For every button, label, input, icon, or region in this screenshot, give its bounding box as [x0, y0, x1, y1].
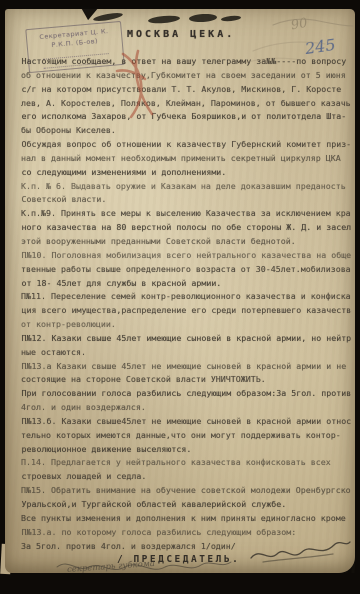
document-line: нал в данный момент необходимым применит…	[21, 153, 351, 167]
document-line: ция всего имущества,распределение его ср…	[22, 305, 352, 319]
document-line: твенные работы свыше определенного возра…	[21, 264, 351, 278]
document-line: бы Обороны Киселев.	[21, 125, 351, 139]
document-line: При голосовании голоса разбились следующ…	[22, 388, 352, 402]
document-line: П№13.а Казаки свыше 45лет не имеющие сын…	[22, 361, 352, 375]
ink-smudge	[189, 13, 217, 22]
document-line: П№13.а. по которому голоса разбились сле…	[22, 527, 352, 541]
document-line: этой вооруженными преданными Советской в…	[21, 236, 351, 250]
document-line: 4гол. и один воздержался.	[21, 402, 351, 416]
document-line: Обсуждая вопрос об отношении к казачеств…	[22, 139, 352, 153]
document-line: К.п. № 6. Выдавать оружие и Казакам на д…	[21, 181, 351, 195]
document-line: Все пункты изменения и дополнения к ним …	[21, 513, 351, 527]
page-number-note: 245	[304, 35, 337, 58]
document-line: П№13.б. Казаки свыше45лет не имеющие сын…	[22, 416, 352, 430]
document-line: об отношении к казачеству,Губкомитет на …	[21, 70, 351, 84]
document-line: П.14. Предлагается у нейтрального казаче…	[21, 457, 351, 471]
pencil-note: 90	[290, 16, 309, 34]
document-line: с/г на котором присутствовали Т. Т. Акул…	[22, 84, 352, 98]
document-line: его исполкома Захаров, от Губчека Боярши…	[22, 111, 352, 125]
document-line: П№12. Казаки свыше 45лет имеющие сыновей…	[22, 333, 352, 347]
ink-smudge	[148, 15, 180, 25]
document-line: тельно которых имеются данные,что они мо…	[21, 430, 351, 444]
document-line: ные остаются.	[21, 347, 351, 361]
document-line: лев, А. Коростелев, Поляков, Клейман, Па…	[21, 98, 351, 112]
paper-fold-shadow	[78, 6, 98, 21]
document-line: со следующими изменениями и дополнениями…	[22, 167, 352, 181]
document-body: Настоящим сообщаем, в ответ на вашу теле…	[21, 56, 351, 554]
document-line: от контр-революции.	[21, 319, 351, 333]
document-line: ного казачества на 80 верстной полосы по…	[22, 222, 352, 236]
document-line: За 5гол. против 4гол. и воздержался 1/од…	[21, 541, 351, 555]
document-line: Настоящим сообщаем, в ответ на вашу теле…	[22, 56, 352, 70]
document-line: состоящие на стороне Советской власти УН…	[21, 374, 351, 388]
paper-sheet: Секретариат Ц. К. Р.К.П. (Б-ов) МОСКВА Ц…	[5, 9, 355, 573]
document-line: П№10. Поголовная мобилизация всего нейтр…	[22, 250, 352, 264]
ink-smudge	[221, 15, 241, 22]
document-line: от 18- 45лет для службы в красной армии.	[22, 278, 352, 292]
document-line: К.п.№9. Принять все меры к выселению Каз…	[21, 208, 351, 222]
secretary-handwritten-note: секретарь губкома	[67, 559, 155, 575]
document-line: революционное движение выселяются.	[22, 444, 352, 458]
document-line: П№15. Обратить внимание на обучение сове…	[21, 485, 351, 499]
document-line: Уральской,и Тургайской областей кавалери…	[22, 499, 352, 513]
document-line: строевых лошадей и седла.	[22, 471, 352, 485]
document-line: П№11. Переселение семей контр-революцион…	[21, 291, 351, 305]
document-line: Советской власти.	[22, 194, 352, 208]
page-title: МОСКВА ЦЕКА.	[127, 29, 235, 40]
document-scan: Секретариат Ц. К. Р.К.П. (Б-ов) МОСКВА Ц…	[0, 0, 360, 594]
